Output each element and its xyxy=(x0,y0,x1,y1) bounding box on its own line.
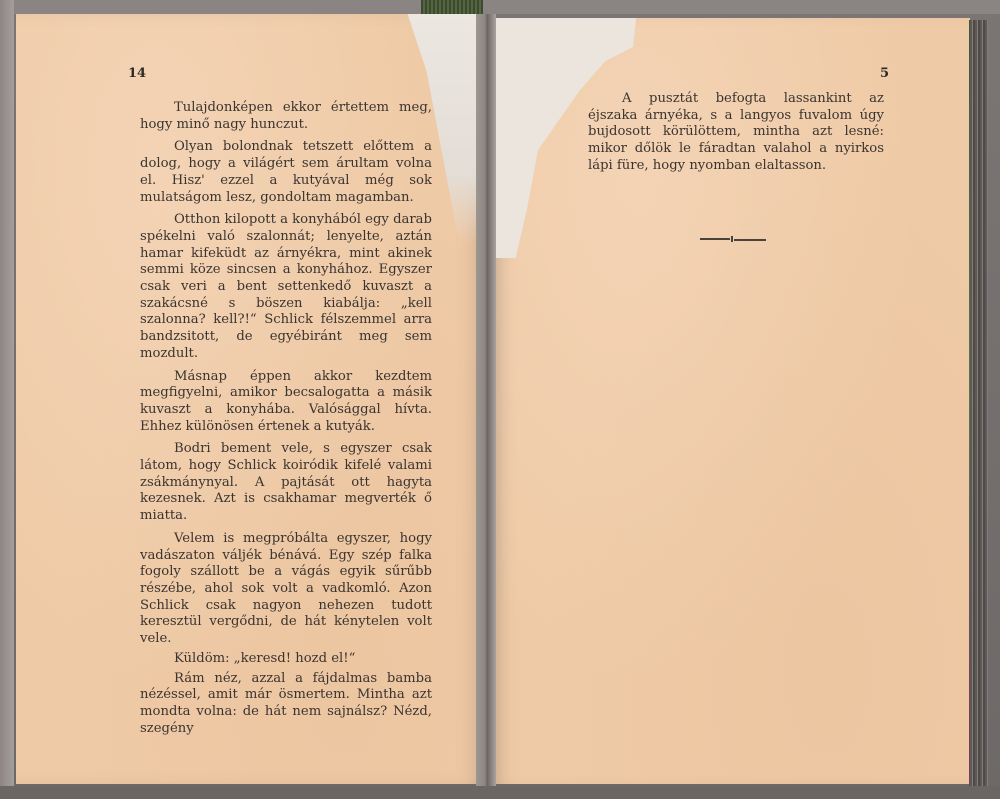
paragraph: Tulajdonképen ekkor értettem meg, hogy m… xyxy=(140,100,432,133)
cover-bottom-edge xyxy=(0,786,1000,799)
paragraph: Küldöm: „keresd! hozd el!“ xyxy=(140,651,432,668)
paragraph: Otthon kilopott a konyhából egy darab sp… xyxy=(140,212,432,362)
paragraph: Olyan bolondnak tetszett előttem a dolog… xyxy=(140,139,432,206)
paragraph: Rám néz, azzal a fájdalmas bamba nézésse… xyxy=(140,671,432,738)
book-gutter xyxy=(476,14,496,786)
paragraph: Másnap éppen akkor kezdtem megfigyelni, … xyxy=(140,369,432,436)
headband xyxy=(421,0,483,14)
paragraph: Bodri bement vele, s egyszer csak látom,… xyxy=(140,441,432,525)
left-page-number: 14 xyxy=(128,66,146,81)
page-block-edges xyxy=(970,20,988,786)
right-page-text: A pusztát befogta lassankint az éjszaka … xyxy=(588,91,884,181)
cover-top-edge xyxy=(0,0,1000,14)
ornament-notch xyxy=(731,236,733,242)
ornament-rule-left xyxy=(700,238,730,240)
left-page-text: Tulajdonképen ekkor értettem meg, hogy m… xyxy=(140,100,432,743)
cover-left-edge xyxy=(0,0,14,799)
paragraph: Velem is megpróbálta egyszer, hogy vadás… xyxy=(140,531,432,648)
ornament-rule-right xyxy=(734,239,766,241)
right-page-number: 5 xyxy=(880,66,889,81)
paragraph: A pusztát befogta lassankint az éjszaka … xyxy=(588,91,884,175)
section-end-ornament xyxy=(700,238,766,241)
